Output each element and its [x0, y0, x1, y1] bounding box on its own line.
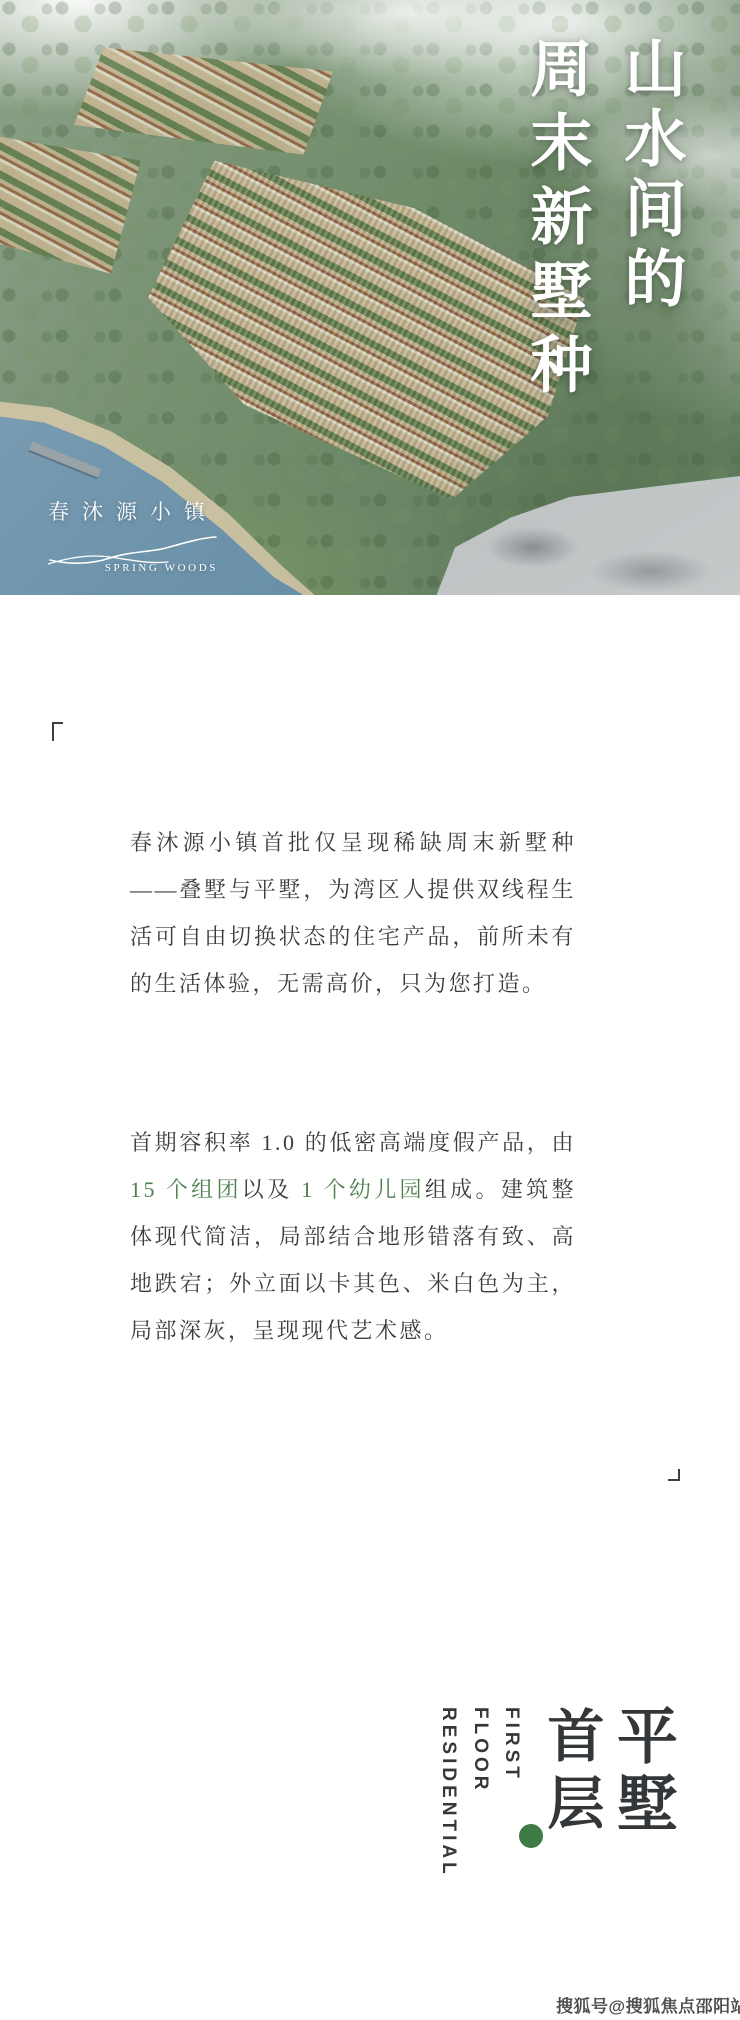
hero-title-column-right: 山水间的: [618, 36, 680, 316]
section-title-en-residential: RESIDENTIAL: [438, 1707, 458, 1878]
article-paragraph-1: 春沐源小镇首批仅呈现稀缺周末新墅种——叠墅与平墅，为湾区人提供双线程生活可自由切…: [130, 819, 576, 1007]
section-title-cn-primary: 平墅: [612, 1704, 673, 1838]
section-title-en-floor: FLOOR: [470, 1707, 490, 1794]
paragraph-2-text-1: 首期容积率 1.0 的低密高端度假产品，由: [130, 1130, 576, 1155]
open-corner-bracket-icon: [52, 722, 63, 741]
brand-logo: 春沐源小镇 SPRING WOODS: [48, 496, 218, 574]
section-title-cn-secondary: 首层: [542, 1706, 599, 1840]
page-root: 山水间的 周末新墅种 春沐源小镇 SPRING WOODS 春沐源小镇首批仅呈现…: [0, 0, 740, 2020]
hero-title-column-left: 周末新墅种: [524, 36, 586, 406]
paragraph-2-text-2: 以及: [242, 1177, 301, 1202]
hero-rendering: 山水间的 周末新墅种 春沐源小镇 SPRING WOODS: [0, 0, 740, 595]
paragraph-2-highlight-1: 15 个组团: [130, 1177, 242, 1202]
brand-logo-name: 春沐源小镇: [48, 496, 218, 526]
green-ring-icon: [519, 1824, 543, 1848]
close-corner-bracket-icon: [668, 1469, 680, 1481]
watermark-text: 搜狐号@搜狐焦点邵阳站: [556, 1992, 740, 2017]
article-paragraph-2: 首期容积率 1.0 的低密高端度假产品，由15 个组团以及 1 个幼儿园组成。建…: [130, 1119, 576, 1354]
paragraph-2-highlight-2: 1 个幼儿园: [301, 1177, 425, 1202]
section-title-en-first: FIRST: [501, 1707, 521, 1782]
